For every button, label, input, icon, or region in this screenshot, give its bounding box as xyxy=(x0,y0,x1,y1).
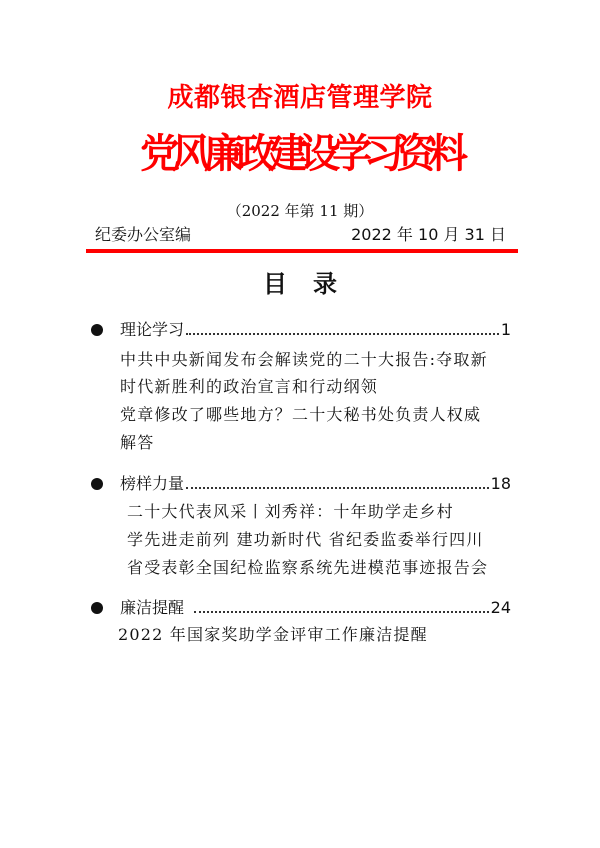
toc-article[interactable]: 学先进走前列 建功新时代 省纪委监委举行四川 xyxy=(127,529,547,551)
header-divider xyxy=(86,249,518,253)
toc-title-char-1: 目 xyxy=(263,269,287,298)
dot-leader xyxy=(186,487,489,489)
bullet-icon xyxy=(91,602,103,614)
publication-title: 党风廉政建设学习资料 xyxy=(0,130,600,178)
toc-section-theory[interactable]: 理论学习 1 xyxy=(91,319,511,341)
issue-number: （2022 年第 11 期） xyxy=(0,201,600,221)
dot-leader xyxy=(186,333,499,335)
toc-article[interactable]: 党章修改了哪些地方？二十大秘书处负责人权威 xyxy=(120,404,540,426)
bullet-icon xyxy=(91,324,103,336)
organization-title: 成都银杏酒店管理学院 xyxy=(0,82,600,114)
toc-article[interactable]: 时代新胜利的政治宣言和行动纲领 xyxy=(120,376,540,398)
bullet-icon xyxy=(91,478,103,490)
section-page-number: 1 xyxy=(501,319,511,341)
editor-label: 纪委办公室编 xyxy=(95,224,191,246)
toc-section-role-models[interactable]: 榜样力量 18 xyxy=(91,473,511,495)
section-page-number: 18 xyxy=(491,473,511,495)
toc-section-integrity-reminder[interactable]: 廉洁提醒 24 xyxy=(91,597,511,619)
section-label: 榜样力量 xyxy=(120,473,184,495)
toc-title: 目录 xyxy=(0,268,600,300)
section-label: 廉洁提醒 xyxy=(120,597,184,619)
toc-article[interactable]: 二十大代表风采丨刘秀祥：十年助学走乡村 xyxy=(127,501,547,523)
toc-article[interactable]: 2022 年国家奖助学金评审工作廉洁提醒 xyxy=(118,624,538,646)
section-page-number: 24 xyxy=(491,597,511,619)
toc-article[interactable]: 解答 xyxy=(120,432,540,454)
toc-article[interactable]: 中共中央新闻发布会解读党的二十大报告:夺取新 xyxy=(120,349,540,371)
dot-leader xyxy=(194,611,489,613)
section-label: 理论学习 xyxy=(120,319,184,341)
toc-article[interactable]: 省受表彰全国纪检监察系统先进模范事迹报告会 xyxy=(127,557,547,579)
toc-title-char-2: 录 xyxy=(313,269,337,298)
publication-date: 2022 年 10 月 31 日 xyxy=(351,224,506,246)
